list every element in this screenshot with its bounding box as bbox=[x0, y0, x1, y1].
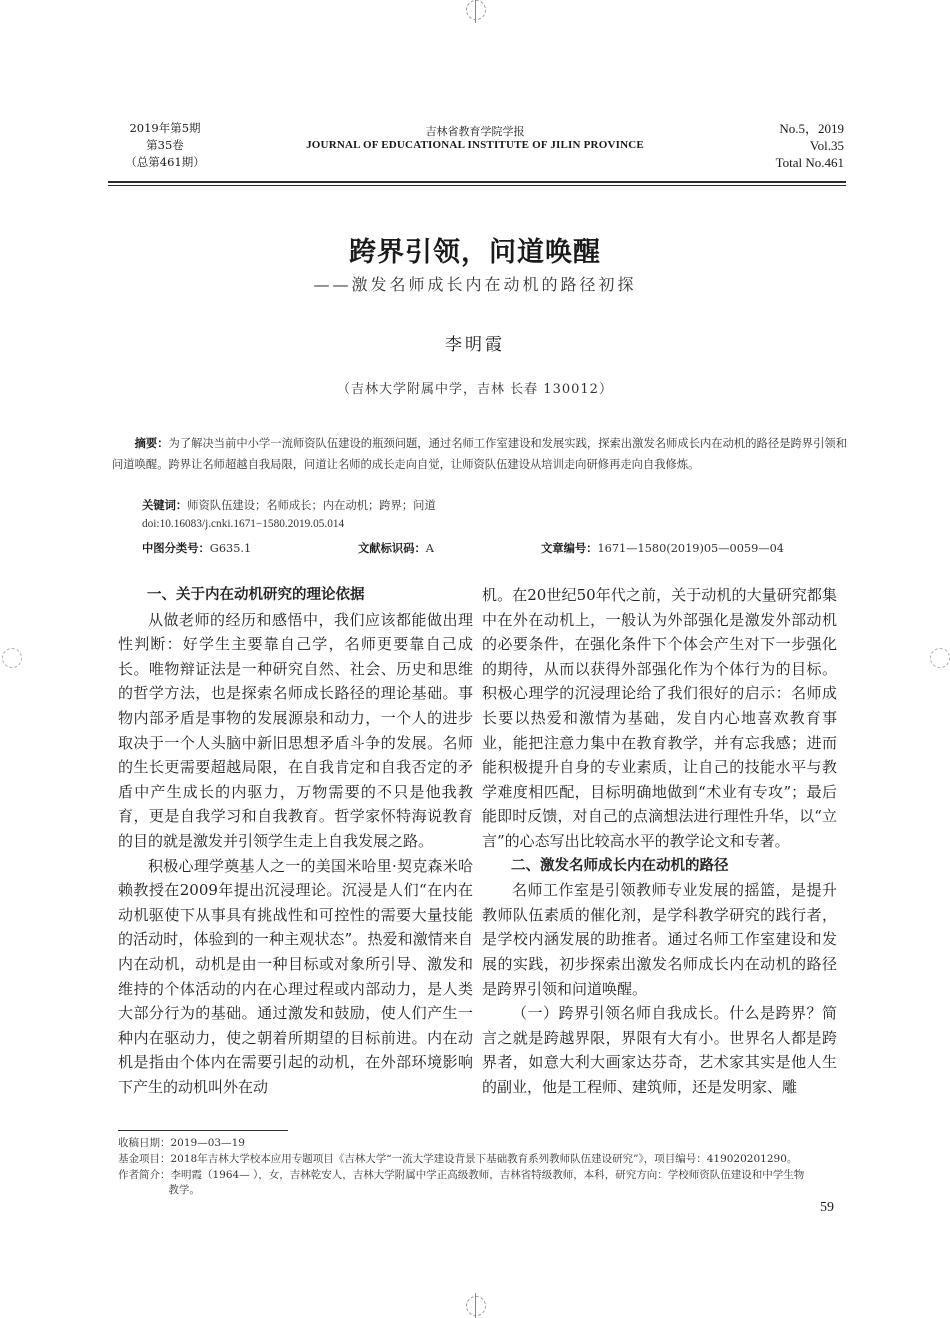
paragraph: （一）跨界引领名师自我成长。什么是跨界？简言之就是跨越界限，界限有大有小。世界名… bbox=[482, 1001, 837, 1099]
abstract-text: 为了解决当前中小学一流师资队伍建设的瓶颈问题，通过名师工作室建设和发展实践，探索… bbox=[112, 437, 847, 471]
paragraph: 从做老师的经历和感悟中，我们应该都能做出理性判断：好学生主要靠自己学，名师更要靠… bbox=[118, 608, 473, 854]
footnote-received: 收稿日期：2019—03—19 bbox=[118, 1136, 858, 1151]
journal-name-cn: 吉林省教育学院学报 bbox=[280, 124, 670, 139]
article-subtitle: ——激发名师成长内在动机的路径初探 bbox=[0, 272, 950, 295]
footnote-fund: 基金项目：2018年吉林大学校本应用专题项目《吉林大学“一流大学建设背景下基础教… bbox=[118, 1152, 858, 1167]
footnote-rule bbox=[118, 1130, 288, 1131]
paragraph: 积极心理学奠基人之一的美国米哈里·契克森米哈赖教授在2009年提出沉浸理论。沉浸… bbox=[118, 854, 473, 1100]
article-number-value: 1671—1580(2019)05—0059—04 bbox=[598, 542, 784, 555]
issue-year: 2019年第5期 bbox=[110, 120, 220, 137]
body-column-right: 机。在20世纪50年代之前，关于动机的大量研究都集中在外在动机上，一般认为外部强… bbox=[482, 583, 837, 1099]
body-column-left: 一、关于内在动机研究的理论依据 从做老师的经历和感悟中，我们应该都能做出理性判断… bbox=[118, 583, 473, 1099]
doc-code: 文献标识码：A bbox=[358, 540, 434, 556]
issue-total: （总第461期） bbox=[110, 154, 220, 171]
issue-volume: 第35卷 bbox=[110, 137, 220, 154]
issue-no: No.5，2019 bbox=[740, 120, 844, 137]
registration-mark-bottom-icon bbox=[466, 1296, 486, 1316]
article-title: 跨界引领，问道唤醒 bbox=[0, 230, 950, 269]
footnote-bio-cont: 教学。 bbox=[118, 1183, 858, 1198]
author-affiliation: （吉林大学附属中学，吉林 长春 130012） bbox=[0, 378, 950, 397]
clc-number: 中图分类号：G635.1 bbox=[142, 540, 251, 556]
section-heading-1: 一、关于内在动机研究的理论依据 bbox=[118, 583, 473, 608]
issue-total-no: Total No.461 bbox=[740, 154, 844, 171]
author-name: 李明霞 bbox=[0, 330, 950, 355]
keywords-label: 关键词： bbox=[142, 499, 187, 512]
registration-mark-right-icon bbox=[930, 648, 950, 668]
footnote-bio: 作者简介：李明霞（1964— ），女，吉林乾安人，吉林大学附属中学正高级教师，吉… bbox=[118, 1168, 858, 1198]
issue-info: 2019年第5期 第35卷 （总第461期） bbox=[110, 120, 220, 171]
abstract: 摘要：为了解决当前中小学一流师资队伍建设的瓶颈问题，通过名师工作室建设和发展实践… bbox=[112, 433, 847, 475]
journal-name: 吉林省教育学院学报 JOURNAL OF EDUCATIONAL INSTITU… bbox=[280, 124, 670, 151]
paragraph-continued: 机。在20世纪50年代之前，关于动机的大量研究都集中在外在动机上，一般认为外部强… bbox=[482, 583, 837, 854]
paragraph: 名师工作室是引领教师专业发展的摇篮，是提升教师队伍素质的催化剂，是学科教学研究的… bbox=[482, 878, 837, 1001]
keywords-text: 师资队伍建设；名师成长；内在动机；跨界；问道 bbox=[187, 499, 436, 512]
page-number: 59 bbox=[820, 1200, 834, 1216]
doc-label: 文献标识码： bbox=[358, 542, 426, 555]
section-heading-2: 二、激发名师成长内在动机的路径 bbox=[482, 854, 837, 879]
header-rule-thin bbox=[108, 185, 846, 186]
registration-mark-left-icon bbox=[2, 648, 22, 668]
footnote-bio-text: 作者简介：李明霞（1964— ），女，吉林乾安人，吉林大学附属中学正高级教师，吉… bbox=[118, 1169, 804, 1181]
article-number: 文章编号：1671—1580(2019)05—0059—04 bbox=[541, 540, 784, 556]
issue-vol: Vol.35 bbox=[740, 137, 844, 154]
journal-name-en: JOURNAL OF EDUCATIONAL INSTITUTE OF JILI… bbox=[280, 139, 670, 151]
abstract-label: 摘要： bbox=[135, 437, 169, 450]
clc-value: G635.1 bbox=[210, 542, 251, 555]
clc-label: 中图分类号： bbox=[142, 542, 210, 555]
registration-mark-top-icon bbox=[466, 0, 486, 20]
doc-value: A bbox=[426, 542, 434, 555]
article-number-label: 文章编号： bbox=[541, 542, 598, 555]
keywords: 关键词：师资队伍建设；名师成长；内在动机；跨界；问道 bbox=[142, 496, 842, 516]
doi[interactable]: doi:10.16083/j.cnki.1671−1580.2019.05.01… bbox=[142, 518, 344, 530]
header-rule bbox=[108, 181, 846, 183]
issue-info-en: No.5，2019 Vol.35 Total No.461 bbox=[740, 120, 844, 171]
